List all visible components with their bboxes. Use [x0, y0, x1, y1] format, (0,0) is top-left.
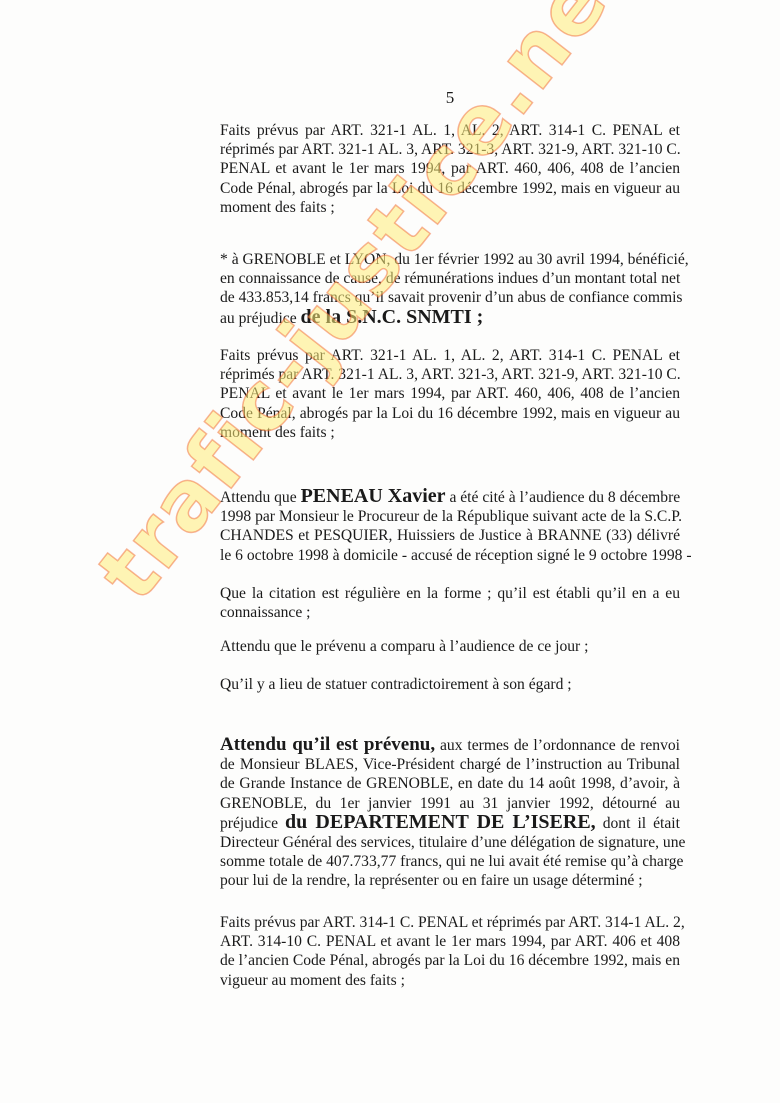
text-line: Code Pénal, abrogés par la Loi du 16 déc…: [220, 404, 680, 423]
defendant-name: PENEAU Xavier: [301, 485, 446, 507]
text-line: pour lui de la rendre, la représenter ou…: [220, 871, 680, 890]
document-page: 5 Faits prévus par ART. 321-1 AL. 1, AL.…: [0, 0, 780, 1103]
text-line: PENAL et avant le 1er mars 1994, par ART…: [220, 159, 680, 178]
text-line: préjudice du DEPARTEMENT DE L’ISERE, don…: [220, 813, 680, 833]
paragraph-faits-prevus-2: Faits prévus par ART. 321-1 AL. 1, AL. 2…: [220, 346, 680, 442]
paragraph-regularite: Que la citation est régulière en la form…: [220, 584, 680, 622]
text-line: moment des faits ;: [220, 423, 680, 442]
paragraph-grenoble-lyon: * à GRENOBLE et LYON, du 1er février 199…: [220, 250, 680, 328]
text-suffix: a été cité à l’audience du 8 décembre: [446, 489, 681, 506]
text-line: Attendu que le prévenu a comparu à l’aud…: [220, 637, 680, 656]
text-line: 1998 par Monsieur le Procureur de la Rép…: [220, 507, 680, 526]
text-line: connaissance ;: [220, 603, 680, 622]
text-line: * à GRENOBLE et LYON, du 1er février 199…: [220, 250, 680, 269]
text-line: réprimés par ART. 321-1 AL. 3, ART. 321-…: [220, 140, 680, 159]
text-line: Attendu qu’il est prévenu, aux termes de…: [220, 735, 680, 755]
text-line: Attendu que PENEAU Xavier a été cité à l…: [220, 487, 680, 507]
text-line: réprimés par ART. 321-1 AL. 3, ART. 321-…: [220, 365, 680, 384]
text-line: CHANDES et PESQUIER, Huissiers de Justic…: [220, 526, 680, 545]
text-prefix: au préjudice: [220, 310, 301, 327]
paragraph-faits-prevus-1: Faits prévus par ART. 321-1 AL. 1, AL. 2…: [220, 121, 680, 217]
text-line: Faits prévus par ART. 321-1 AL. 1, AL. 2…: [220, 346, 680, 365]
text-line: somme totale de 407.733,77 francs, qui n…: [220, 852, 680, 871]
text-line: Faits prévus par ART. 314-1 C. PENAL et …: [220, 913, 680, 932]
paragraph-comparution: Attendu que le prévenu a comparu à l’aud…: [220, 637, 680, 656]
text-suffix: aux termes de l’ordonnance de renvoi: [435, 737, 680, 754]
text-line: PENAL et avant le 1er mars 1994, par ART…: [220, 384, 680, 403]
text-line: Que la citation est régulière en la form…: [220, 584, 680, 603]
text-suffix: dont il était: [596, 815, 680, 832]
text-line: au préjudice de la S.N.C. SNMTI ;: [220, 308, 680, 328]
victim-name: de la S.N.C. SNMTI ;: [301, 306, 484, 328]
victim-name: du DEPARTEMENT DE L’ISERE,: [285, 811, 596, 833]
text-line: vigueur au moment des faits ;: [220, 971, 680, 990]
text-line: de l’ancien Code Pénal, abrogés par la L…: [220, 951, 680, 970]
text-line: Faits prévus par ART. 321-1 AL. 1, AL. 2…: [220, 121, 680, 140]
text-prefix: Attendu que: [220, 489, 301, 506]
text-line: de Grande Instance de GRENOBLE, en date …: [220, 774, 680, 793]
text-line: le 6 octobre 1998 à domicile - accusé de…: [220, 546, 680, 565]
text-line: Code Pénal, abrogés par la Loi du 16 déc…: [220, 179, 680, 198]
heading-attendu: Attendu qu’il est prévenu,: [220, 734, 435, 755]
text-line: Qu’il y a lieu de statuer contradictoire…: [220, 675, 680, 694]
page-number: 5: [0, 88, 780, 108]
paragraph-prevention: Attendu qu’il est prévenu, aux termes de…: [220, 735, 680, 891]
text-prefix: préjudice: [220, 815, 285, 832]
text-line: ART. 314-10 C. PENAL et avant le 1er mar…: [220, 932, 680, 951]
text-line: de Monsieur BLAES, Vice-Président chargé…: [220, 755, 680, 774]
text-line: moment des faits ;: [220, 198, 680, 217]
text-line: en connaissance de cause, de rémunératio…: [220, 269, 680, 288]
paragraph-faits-prevus-3: Faits prévus par ART. 314-1 C. PENAL et …: [220, 913, 680, 990]
text-line: Directeur Général des services, titulair…: [220, 833, 680, 852]
paragraph-contradictoire: Qu’il y a lieu de statuer contradictoire…: [220, 675, 680, 694]
paragraph-citation: Attendu que PENEAU Xavier a été cité à l…: [220, 487, 680, 565]
